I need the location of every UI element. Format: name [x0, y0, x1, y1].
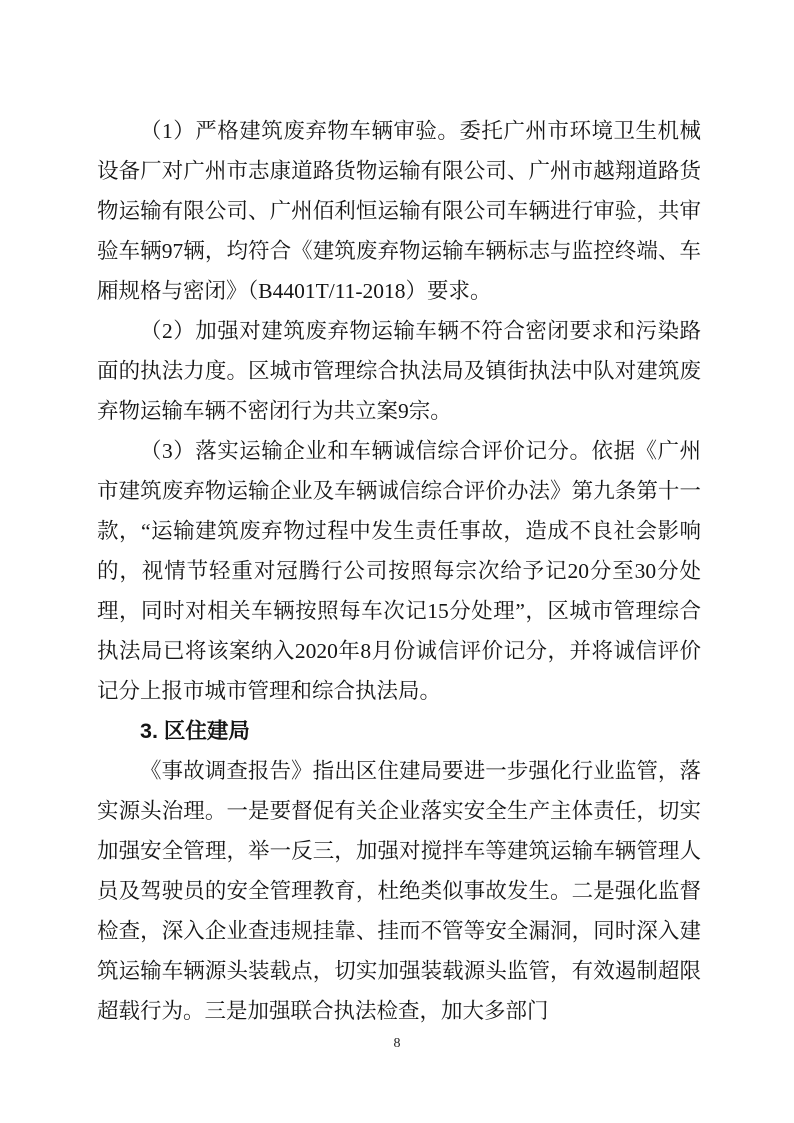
paragraph-5: 《事故调查报告》指出区住建局要进一步强化行业监管，落实源头治理。一是要督促有关企… — [97, 751, 701, 1031]
document-body: （1）严格建筑废弃物车辆审验。委托广州市环境卫生机械设备厂对广州市志康道路货物运… — [97, 111, 701, 1031]
document-page: （1）严格建筑废弃物车辆审验。委托广州市环境卫生机械设备厂对广州市志康道路货物运… — [0, 0, 794, 1123]
paragraph-1: （1）严格建筑废弃物车辆审验。委托广州市环境卫生机械设备厂对广州市志康道路货物运… — [97, 111, 701, 311]
paragraph-2: （2）加强对建筑废弃物运输车辆不符合密闭要求和污染路面的执法力度。区城市管理综合… — [97, 311, 701, 431]
page-number: 8 — [0, 1035, 794, 1053]
section-heading: 3. 区住建局 — [97, 711, 701, 751]
paragraph-3: （3）落实运输企业和车辆诚信综合评价记分。依据《广州市建筑废弃物运输企业及车辆诚… — [97, 431, 701, 711]
